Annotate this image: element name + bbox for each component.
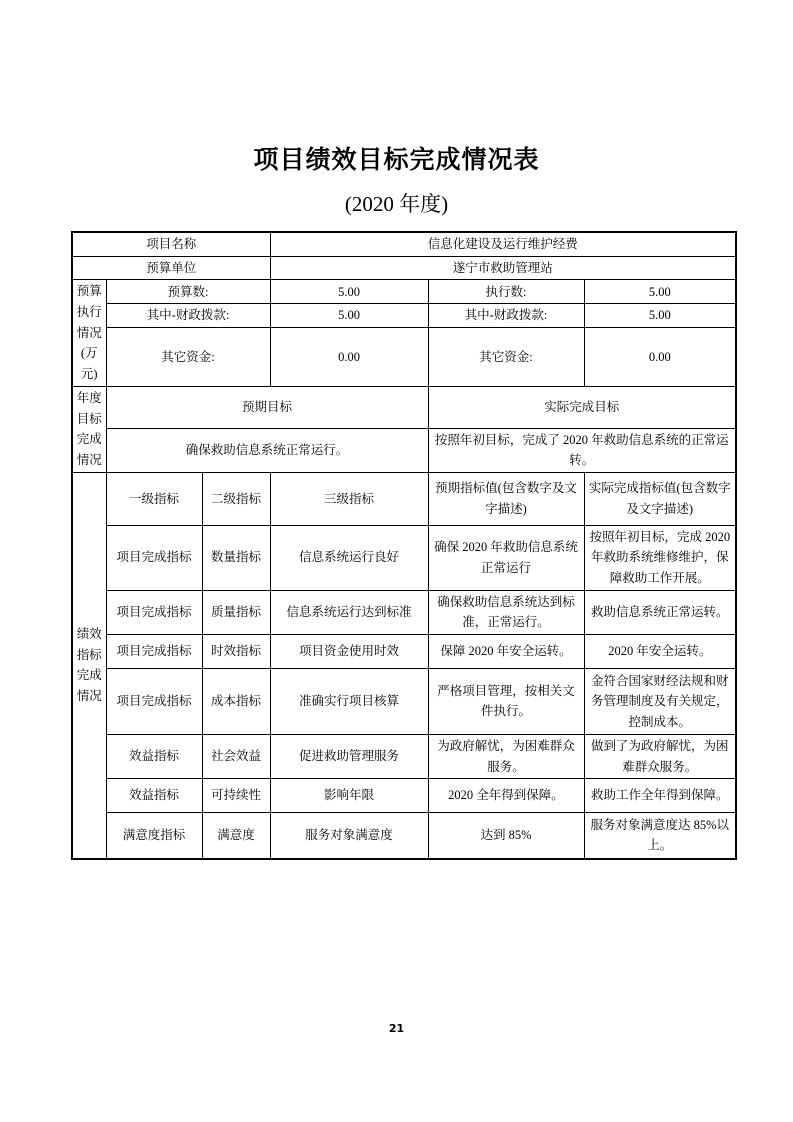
other-funds-value-left: 0.00 [270, 328, 428, 387]
performance-header-row: 绩效指标完成情况 一级指标 二级指标 三级指标 预期指标值(包含数字及文字描述)… [72, 472, 736, 525]
actual-goal-header: 实际完成目标 [428, 386, 736, 428]
perf-row-social-benefit: 效益指标 社会效益 促进救助管理服务 为政府解忧，为困难群众服务。 做到了为政府… [72, 734, 736, 778]
perf-cell: 2020 年安全运转。 [584, 634, 736, 668]
perf-cell: 时效指标 [202, 634, 270, 668]
perf-cell: 救助工作全年得到保障。 [584, 779, 736, 813]
expected-goal-value: 确保救助信息系统正常运行。 [106, 428, 428, 472]
expected-goal-header: 预期目标 [106, 386, 428, 428]
perf-cell: 按照年初目标，完成 2020 年救助系统维修维护，保障救助工作开展。 [584, 525, 736, 590]
budget-unit-value: 遂宁市救助管理站 [270, 256, 736, 280]
perf-header-level2: 二级指标 [202, 472, 270, 525]
execution-amount-label: 执行数: [428, 280, 584, 304]
perf-cell: 满意度 [202, 813, 270, 859]
perf-header-actual: 实际完成指标值(包含数字及文字描述) [584, 472, 736, 525]
fiscal-allocation-label-left: 其中-财政拨款: [106, 304, 270, 328]
fiscal-allocation-value-left: 5.00 [270, 304, 428, 328]
page-title: 项目绩效目标完成情况表 [0, 0, 793, 176]
perf-cell: 项目完成指标 [106, 525, 202, 590]
project-name-value: 信息化建设及运行维护经费 [270, 232, 736, 256]
budget-row-2: 其中-财政拨款: 5.00 其中-财政拨款: 5.00 [72, 304, 736, 328]
perf-row-sustainability: 效益指标 可持续性 影响年限 2020 全年得到保障。 救助工作全年得到保障。 [72, 779, 736, 813]
budget-row-1: 预算执行情况(万元) 预算数: 5.00 执行数: 5.00 [72, 280, 736, 304]
project-name-row: 项目名称 信息化建设及运行维护经费 [72, 232, 736, 256]
perf-cell: 满意度指标 [106, 813, 202, 859]
perf-cell: 可持续性 [202, 779, 270, 813]
perf-cell: 影响年限 [270, 779, 428, 813]
other-funds-value-right: 0.00 [584, 328, 736, 387]
perf-cell: 质量指标 [202, 590, 270, 634]
perf-header-level3: 三级指标 [270, 472, 428, 525]
project-name-label: 项目名称 [72, 232, 270, 256]
perf-cell: 2020 全年得到保障。 [428, 779, 584, 813]
annual-goal-value-row: 确保救助信息系统正常运行。 按照年初目标，完成了 2020 年救助信息系统的正常… [72, 428, 736, 472]
perf-cell: 确保救助信息系统达到标准，正常运行。 [428, 590, 584, 634]
perf-cell: 信息系统运行达到标准 [270, 590, 428, 634]
annual-goal-section-label: 年度目标完成情况 [72, 386, 106, 472]
perf-cell: 效益指标 [106, 734, 202, 778]
perf-header-expected: 预期指标值(包含数字及文字描述) [428, 472, 584, 525]
perf-cell: 做到了为政府解忧，为困难群众服务。 [584, 734, 736, 778]
fiscal-allocation-label-right: 其中-财政拨款: [428, 304, 584, 328]
perf-cell: 达到 85% [428, 813, 584, 859]
perf-row-timeliness: 项目完成指标 时效指标 项目资金使用时效 保障 2020 年安全运转。 2020… [72, 634, 736, 668]
other-funds-label-left: 其它资金: [106, 328, 270, 387]
perf-cell: 社会效益 [202, 734, 270, 778]
perf-cell: 信息系统运行良好 [270, 525, 428, 590]
perf-cell: 项目完成指标 [106, 590, 202, 634]
perf-cell: 数量指标 [202, 525, 270, 590]
budget-unit-label: 预算单位 [72, 256, 270, 280]
perf-cell: 准确实行项目核算 [270, 668, 428, 734]
budget-unit-row: 预算单位 遂宁市救助管理站 [72, 256, 736, 280]
perf-cell: 项目资金使用时效 [270, 634, 428, 668]
perf-cell: 金符合国家财经法规和财务管理制度及有关规定，控制成本。 [584, 668, 736, 734]
perf-cell: 服务对象满意度达 85%以上。 [584, 813, 736, 859]
perf-cell: 项目完成指标 [106, 668, 202, 734]
performance-report-table: 项目名称 信息化建设及运行维护经费 预算单位 遂宁市救助管理站 预算执行情况(万… [71, 231, 737, 860]
other-funds-label-right: 其它资金: [428, 328, 584, 387]
actual-goal-value: 按照年初目标，完成了 2020 年救助信息系统的正常运转。 [428, 428, 736, 472]
fiscal-allocation-value-right: 5.00 [584, 304, 736, 328]
budget-section-label: 预算执行情况(万元) [72, 280, 106, 386]
perf-cell: 成本指标 [202, 668, 270, 734]
perf-row-quantity: 项目完成指标 数量指标 信息系统运行良好 确保 2020 年救助信息系统正常运行… [72, 525, 736, 590]
page-number: 21 [0, 1022, 793, 1035]
perf-cell: 保障 2020 年安全运转。 [428, 634, 584, 668]
perf-cell: 救助信息系统正常运转。 [584, 590, 736, 634]
perf-cell: 严格项目管理，按相关文件执行。 [428, 668, 584, 734]
budget-amount-label: 预算数: [106, 280, 270, 304]
execution-amount-value: 5.00 [584, 280, 736, 304]
perf-cell: 为政府解忧，为困难群众服务。 [428, 734, 584, 778]
perf-row-cost: 项目完成指标 成本指标 准确实行项目核算 严格项目管理，按相关文件执行。 金符合… [72, 668, 736, 734]
annual-goal-header-row: 年度目标完成情况 预期目标 实际完成目标 [72, 386, 736, 428]
perf-cell: 服务对象满意度 [270, 813, 428, 859]
perf-cell: 确保 2020 年救助信息系统正常运行 [428, 525, 584, 590]
perf-cell: 项目完成指标 [106, 634, 202, 668]
perf-row-satisfaction: 满意度指标 满意度 服务对象满意度 达到 85% 服务对象满意度达 85%以上。 [72, 813, 736, 859]
perf-row-quality: 项目完成指标 质量指标 信息系统运行达到标准 确保救助信息系统达到标准，正常运行… [72, 590, 736, 634]
performance-section-label: 绩效指标完成情况 [72, 472, 106, 858]
page-subtitle: (2020 年度) [0, 192, 793, 217]
budget-row-3: 其它资金: 0.00 其它资金: 0.00 [72, 328, 736, 387]
budget-amount-value: 5.00 [270, 280, 428, 304]
perf-header-level1: 一级指标 [106, 472, 202, 525]
perf-cell: 效益指标 [106, 779, 202, 813]
perf-cell: 促进救助管理服务 [270, 734, 428, 778]
